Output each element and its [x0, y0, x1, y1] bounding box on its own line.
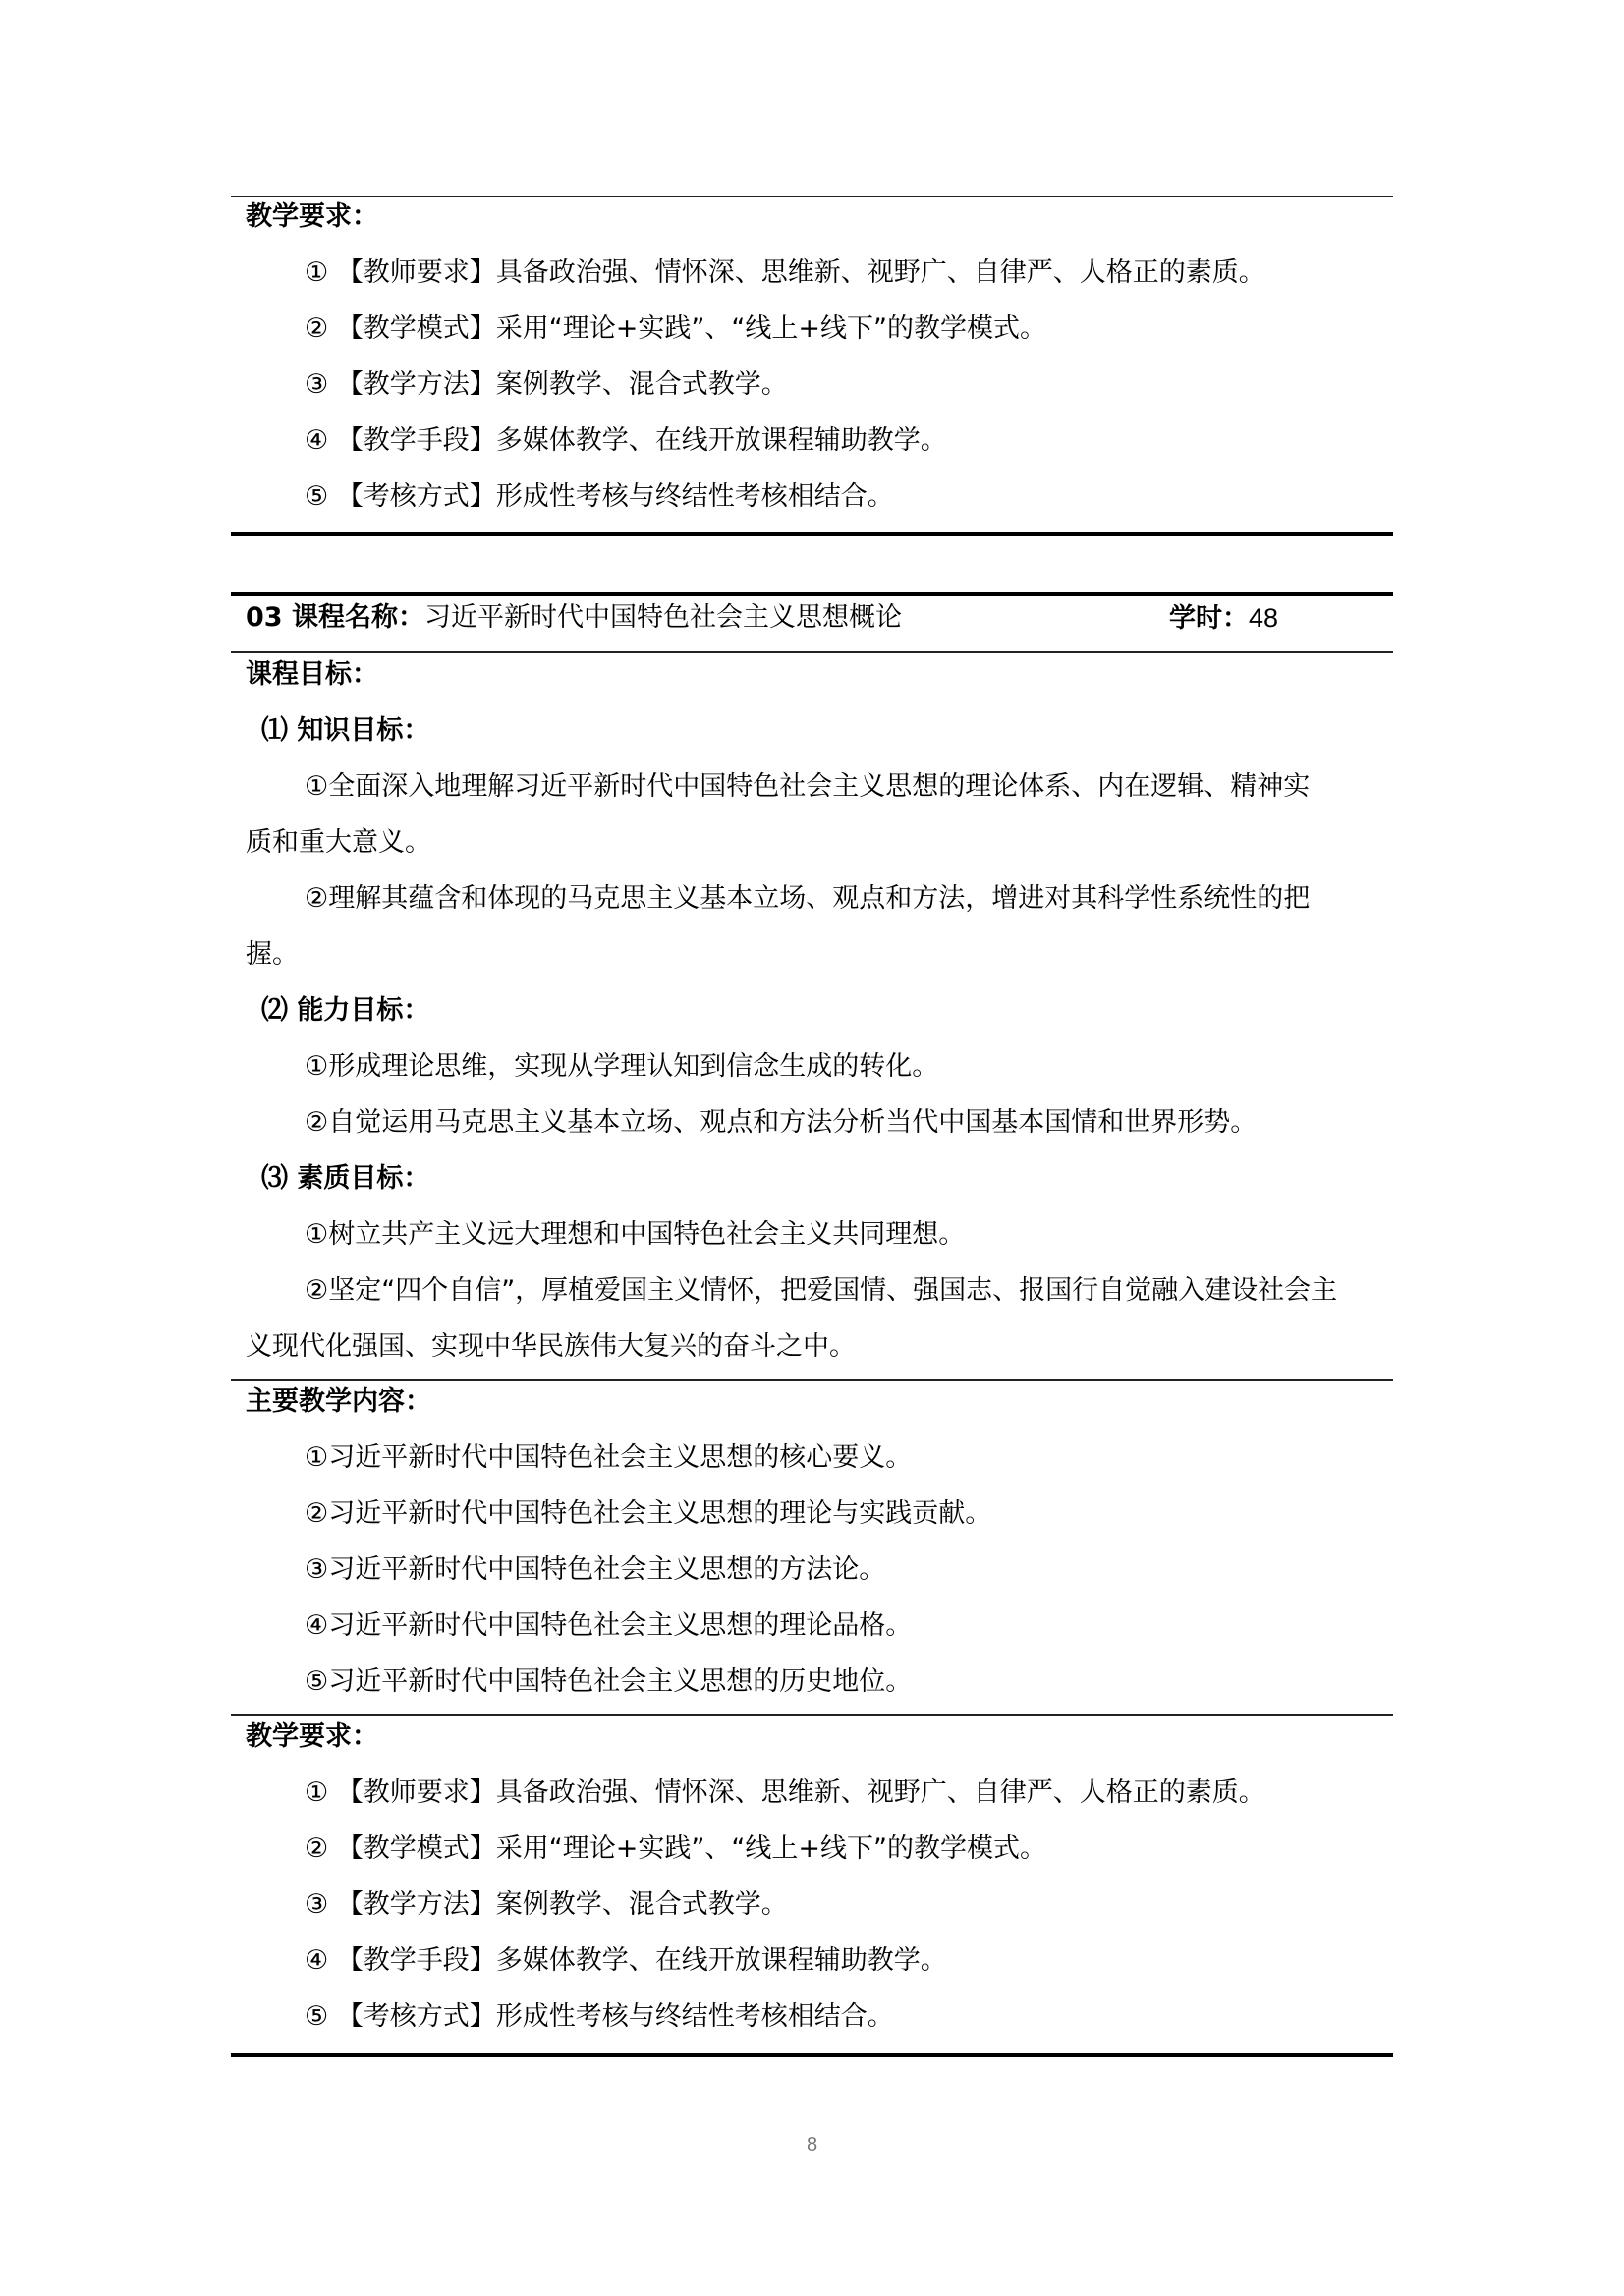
course-name: 习近平新时代中国特色社会主义思想概论: [424, 602, 902, 633]
content-item: ⑤习近平新时代中国特色社会主义思想的历史地位。: [305, 1665, 912, 1699]
requirement-item: ② 【教学模式】采用“理论+实践”、“线上+线下”的教学模式。: [305, 312, 1046, 346]
hours-value: 48: [1249, 603, 1278, 633]
section-divider: [231, 1714, 1393, 1716]
goal-line: 握。: [246, 938, 299, 972]
goal-line: ②自觉运用马克思主义基本立场、观点和方法分析当代中国基本国情和世界形势。: [305, 1106, 1257, 1140]
table-bottom-border: [231, 532, 1393, 536]
goal-line: 质和重大意义。: [246, 826, 431, 860]
requirement-item: ③ 【教学方法】案例教学、混合式教学。: [305, 368, 788, 402]
requirement-item: ④ 【教学手段】多媒体教学、在线开放课程辅助教学。: [305, 1944, 947, 1978]
requirement-item: ③ 【教学方法】案例教学、混合式教学。: [305, 1888, 788, 1922]
goal-line: ②理解其蕴含和体现的马克思主义基本立场、观点和方法，增进对其科学性系统性的把: [305, 882, 1310, 916]
page-number: 8: [0, 2134, 1624, 2156]
goal-line: ②坚定“四个自信”，厚植爱国主义情怀，把爱国情、强国志、报国行自觉融入建设社会主: [305, 1274, 1337, 1308]
requirement-item: ⑤ 【考核方式】形成性考核与终结性考核相结合。: [305, 480, 894, 514]
content-item: ④习近平新时代中国特色社会主义思想的理论品格。: [305, 1609, 912, 1643]
requirement-item: ⑤ 【考核方式】形成性考核与终结性考核相结合。: [305, 2000, 894, 2034]
course-hours: 学时：48: [1169, 601, 1278, 636]
requirement-item: ④ 【教学手段】多媒体教学、在线开放课程辅助教学。: [305, 424, 947, 458]
requirements-heading: 教学要求：: [246, 1720, 378, 1754]
knowledge-goals-heading: ⑴ 知识目标：: [261, 714, 429, 748]
table-top-border: [231, 592, 1393, 596]
section-divider: [231, 1379, 1393, 1381]
requirement-item: ① 【教师要求】具备政治强、情怀深、思维新、视野广、自律严、人格正的素质。: [305, 256, 1265, 290]
course-title-row: 03 课程名称：习近平新时代中国特色社会主义思想概论: [246, 601, 902, 635]
hours-label: 学时：: [1169, 603, 1249, 634]
content-item: ③习近平新时代中国特色社会主义思想的方法论。: [305, 1553, 885, 1587]
quality-goals-heading: ⑶ 素质目标：: [261, 1162, 429, 1196]
content-item: ②习近平新时代中国特色社会主义思想的理论与实践贡献。: [305, 1497, 991, 1531]
goal-line: ①全面深入地理解习近平新时代中国特色社会主义思想的理论体系、内在逻辑、精神实: [305, 770, 1310, 804]
section-divider: [231, 651, 1393, 653]
content-heading: 主要教学内容：: [246, 1385, 431, 1419]
goals-heading: 课程目标：: [246, 658, 378, 692]
prev-requirements-heading: 教学要求：: [246, 200, 378, 234]
goal-line: ①形成理论思维，实现从学理认知到信念生成的转化。: [305, 1050, 938, 1084]
content-item: ①习近平新时代中国特色社会主义思想的核心要义。: [305, 1441, 912, 1475]
requirement-item: ② 【教学模式】采用“理论+实践”、“线上+线下”的教学模式。: [305, 1832, 1046, 1866]
goal-line: ①树立共产主义远大理想和中国特色社会主义共同理想。: [305, 1218, 965, 1252]
course-number-label: 03 课程名称：: [246, 602, 424, 633]
section-divider: [231, 196, 1393, 197]
table-bottom-border: [231, 2053, 1393, 2057]
goal-line: 义现代化强国、实现中华民族伟大复兴的奋斗之中。: [246, 1330, 856, 1364]
ability-goals-heading: ⑵ 能力目标：: [261, 994, 429, 1028]
requirement-item: ① 【教师要求】具备政治强、情怀深、思维新、视野广、自律严、人格正的素质。: [305, 1776, 1265, 1810]
